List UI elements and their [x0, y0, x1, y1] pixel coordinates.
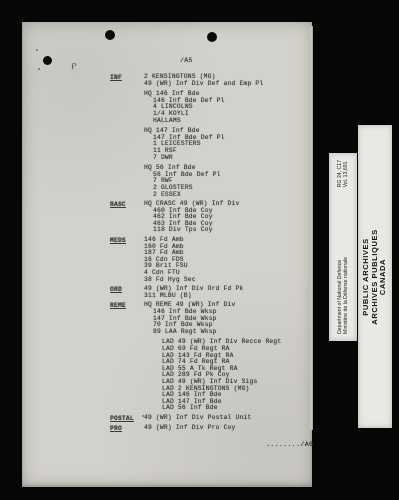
- section-meds: MEDS146 Fd Amb160 Fd Amb187 Fd Amb16 Cdn…: [144, 237, 330, 283]
- doc-line: 49 (WR) Inf Div Pro Coy: [144, 425, 330, 432]
- section-ord: ORD49 (WR) Inf Div Ord Fd Pk311 MLBU (B): [144, 286, 330, 299]
- scanned-document: P /A5 ......../A6 INF2 KENSINGTONS (MG)4…: [0, 0, 399, 500]
- unit-block: 146 Fd Amb160 Fd Amb187 Fd Amb16 Cdn FDS…: [144, 237, 330, 283]
- department-label-text: Department of National Defence Ministère…: [329, 153, 357, 341]
- section-label: REME: [110, 302, 126, 309]
- unit-block: 49 (WR) Inf Div Pro Coy: [144, 425, 330, 432]
- document-body: INF2 KENSINGTONS (MG)49 (WR) Inf Div Def…: [144, 74, 330, 434]
- punch-hole: [207, 32, 217, 42]
- department-label-strip: Department of National Defence Ministère…: [329, 153, 357, 341]
- section-pro: PRO49 (WR) Inf Div Pro Coy: [144, 425, 330, 432]
- scan-speck: [38, 68, 40, 70]
- doc-line: 118 Div Tps Coy: [144, 227, 330, 234]
- punch-hole: [105, 30, 115, 40]
- unit-block: HQ 146 Inf Bde146 Inf Bde Def Pl4 LINCOL…: [144, 91, 330, 124]
- punch-hole: [43, 56, 52, 65]
- archives-line-3: CANADA: [379, 258, 388, 294]
- archival-reference: RG 24, C17 Vol. 13,691: [337, 160, 350, 187]
- section-label: MEDS: [110, 237, 126, 244]
- page-edge-sliver: [310, 26, 313, 430]
- archives-label-text: PUBLIC ARCHIVES ARCHIVES PUBLIQUES CANAD…: [358, 125, 392, 428]
- section-inf: INF2 KENSINGTONS (MG)49 (WR) Inf Div Def…: [144, 74, 330, 198]
- section-label: INF: [110, 74, 122, 81]
- archives-label-strip: PUBLIC ARCHIVES ARCHIVES PUBLIQUES CANAD…: [358, 125, 392, 428]
- pencil-mark: P: [70, 62, 77, 72]
- doc-line: 2 ESSEX: [144, 192, 330, 199]
- department-line-2: Ministère de la Défense nationale: [343, 257, 349, 334]
- continuation-marker: ......../A6: [266, 441, 313, 448]
- unit-block: HQ 147 Inf Bde147 Inf Bde Def Pl1 LEICES…: [144, 128, 330, 161]
- doc-line: 49 (WR) Inf Div Def and Emp Pl: [144, 81, 330, 88]
- unit-block: 49 (WR) Inf Div Ord Fd Pk311 MLBU (B): [144, 286, 330, 299]
- department-name: Department of National Defence Ministère…: [337, 257, 350, 334]
- section-label: RASC: [110, 201, 126, 208]
- reference-line-2: Vol. 13,691: [343, 160, 349, 187]
- section-label: ORD: [110, 286, 122, 293]
- unit-block: HQ 56 Inf Bde56 Inf Bde Def Pl7 RWF2 GLO…: [144, 165, 330, 198]
- doc-line: 89 LAA Regt Wksp: [144, 329, 330, 336]
- scan-speck: [36, 49, 38, 51]
- section-label: POSTAL: [110, 415, 134, 422]
- doc-line: 311 MLBU (B): [144, 293, 330, 300]
- section-rasc: RASCHQ CRASC 49 (WR) Inf Div460 Inf Bde …: [144, 201, 330, 234]
- unit-block: HQ REME 49 (WR) Inf Div146 Inf Bde Wksp1…: [144, 302, 330, 335]
- unit-block: 49 (WR) Inf Div Postal Unit: [144, 415, 330, 422]
- section-postal: POSTAL49 (WR) Inf Div Postal Unit: [144, 415, 330, 422]
- unit-block: HQ CRASC 49 (WR) Inf Div460 Inf Bde Coy4…: [144, 201, 330, 234]
- section-reme: REMEHQ REME 49 (WR) Inf Div146 Inf Bde W…: [144, 302, 330, 412]
- doc-line: LAD 56 Inf Bde: [144, 405, 330, 412]
- paper-page: P /A5 ......../A6 INF2 KENSINGTONS (MG)4…: [22, 22, 312, 487]
- doc-line: 49 (WR) Inf Div Postal Unit: [144, 415, 330, 422]
- doc-line: 38 Fd Hyg Sec: [144, 277, 330, 284]
- doc-line: 7 DWR: [144, 155, 330, 162]
- doc-line: HALLAMS: [144, 118, 330, 125]
- section-label: PRO: [110, 425, 122, 432]
- unit-block: 2 KENSINGTONS (MG)49 (WR) Inf Div Def an…: [144, 74, 330, 87]
- page-marker-top: /A5: [180, 57, 193, 64]
- unit-block: LAD 49 (WR) Inf Div Recce RegtLAD 69 Fd …: [144, 339, 330, 412]
